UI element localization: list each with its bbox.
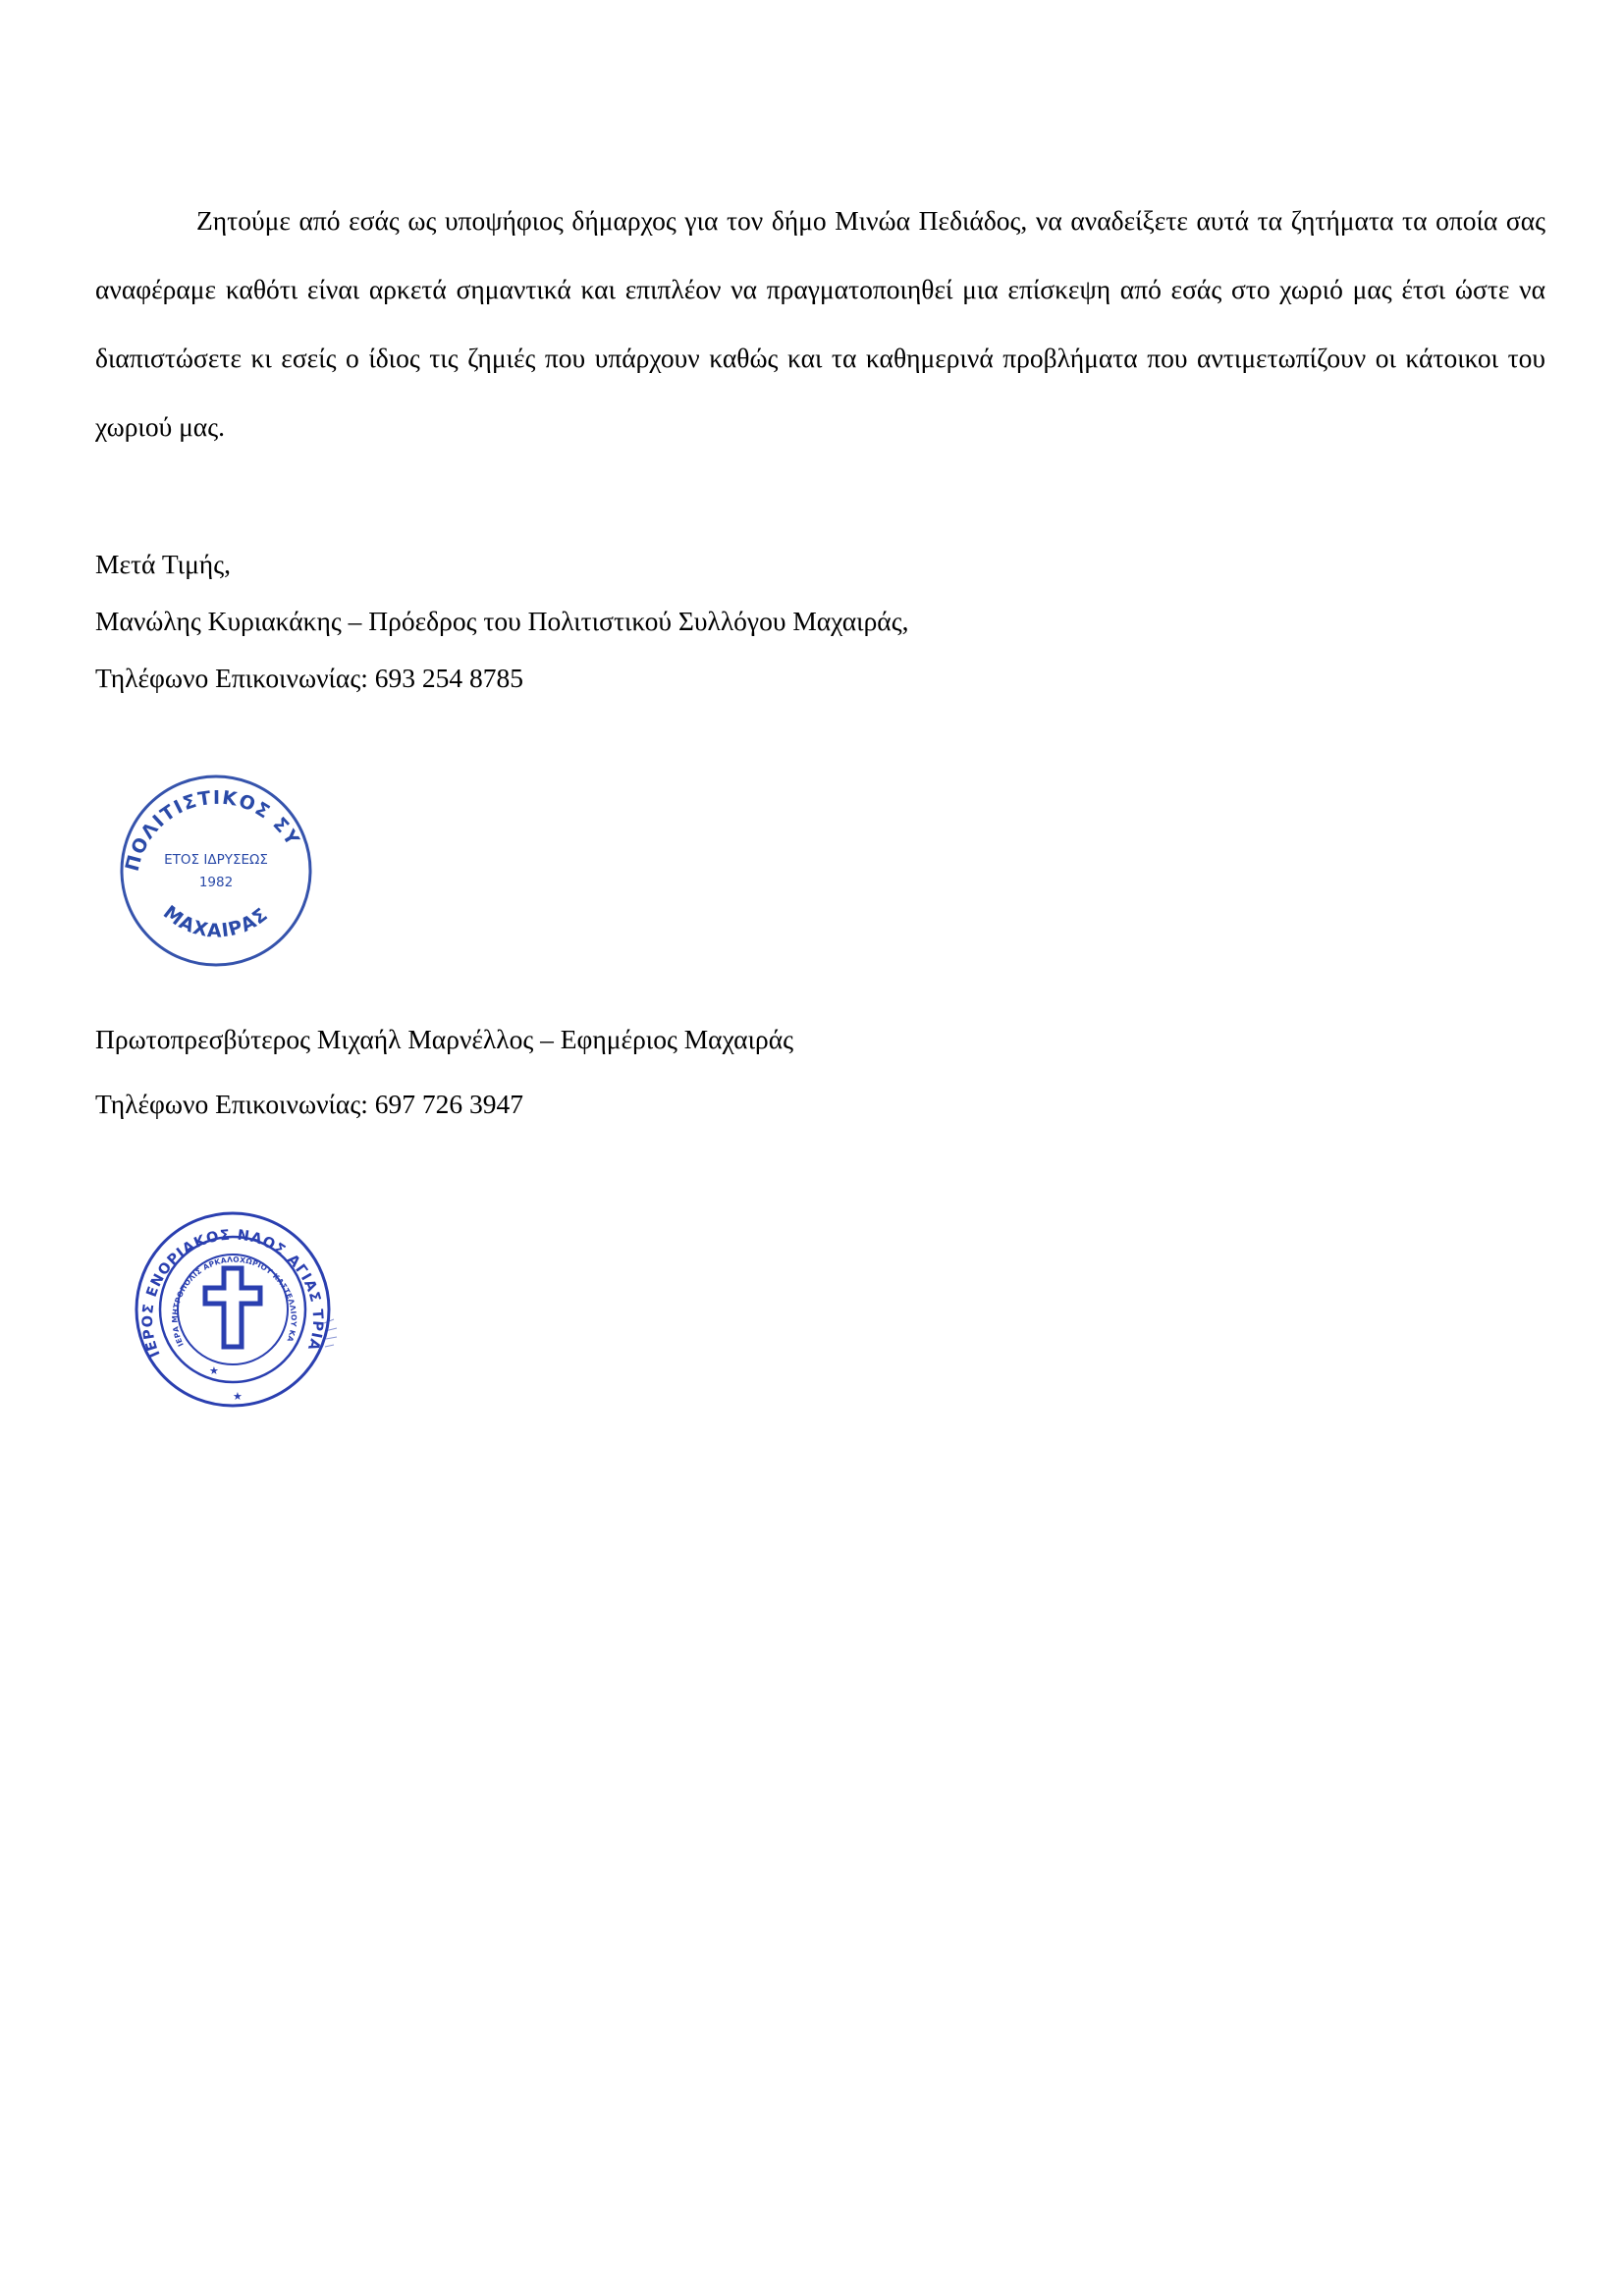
svg-text:★: ★: [209, 1364, 219, 1377]
association-seal-icon: ΠΟΛΙΤΙΣΤΙΚΟΣ ΣΥΛΛΟΓΟΣ ΜΑΧΑΙΡΑΣ ΕΤΟΣ ΙΔΡΥ…: [108, 761, 324, 977]
association-seal-center-line2: 1982: [199, 875, 233, 890]
svg-text:★: ★: [233, 1390, 243, 1403]
signer1-phone: Τηλέφωνο Επικοινωνίας: 693 254 8785: [95, 662, 523, 695]
svg-text:ΜΑΧΑΙΡΑΣ: ΜΑΧΑΙΡΑΣ: [159, 901, 272, 941]
signer2-phone: Τηλέφωνο Επικοινωνίας: 697 726 3947: [95, 1088, 523, 1121]
letter-body-paragraph: Ζητούμε από εσάς ως υποψήφιος δήμαρχος γ…: [95, 187, 1545, 461]
association-seal-center-line1: ΕΤΟΣ ΙΔΡΥΣΕΩΣ: [164, 852, 268, 868]
signer1-name-title: Μανώλης Κυριακάκης – Πρόεδρος του Πολιτι…: [95, 605, 908, 638]
association-seal-bottom-text: ΜΑΧΑΙΡΑΣ: [159, 901, 272, 941]
signer2-name-title: Πρωτοπρεσβύτερος Μιχαήλ Μαρνέλλος – Εφημ…: [95, 1023, 793, 1056]
church-seal-cross-icon: ΙΕΡΟΣ ΕΝΟΡΙΑΚΟΣ ΝΑΟΣ ΑΓΙΑΣ ΤΡΙΑΔΟΣ ΜΑΧΑΙ…: [123, 1207, 349, 1414]
letter-closing: Μετά Τιμής,: [95, 548, 231, 581]
document-page: Ζητούμε από εσάς ως υποψήφιος δήμαρχος γ…: [0, 0, 1624, 2296]
